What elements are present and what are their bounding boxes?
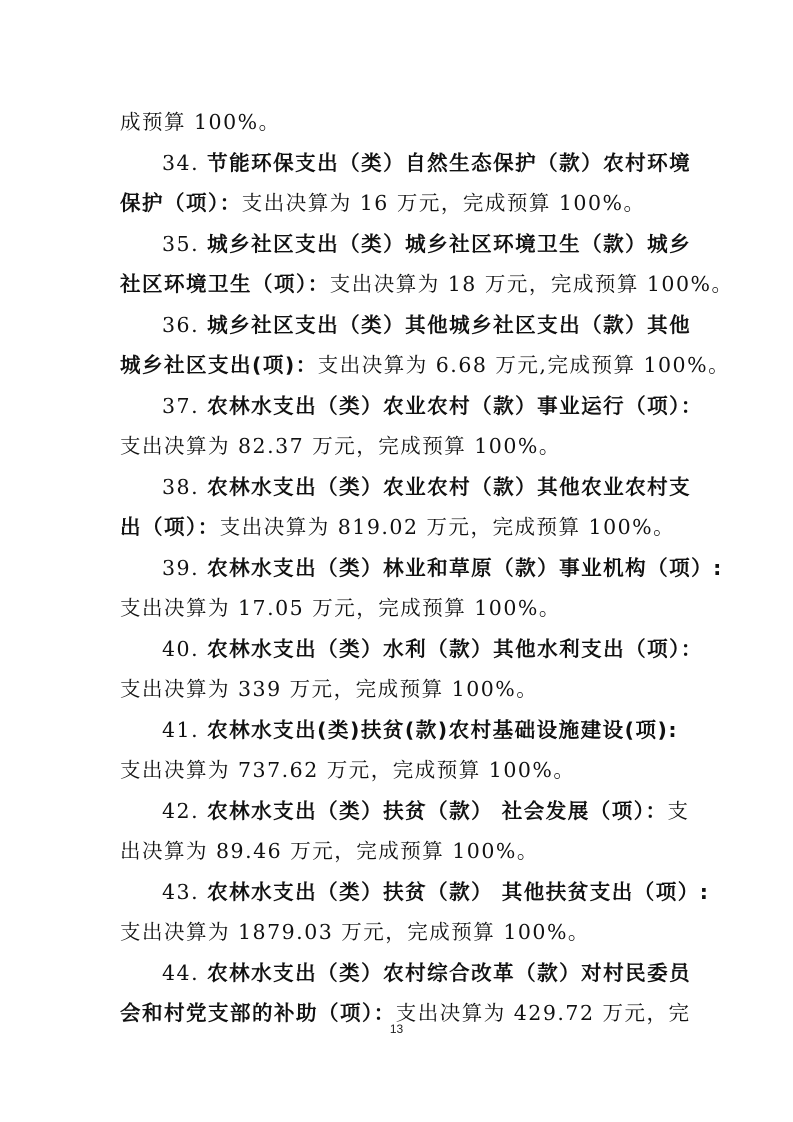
item-number: 40. [162,637,207,661]
item-number: 38. [162,475,207,499]
item-line-first: 35. 城乡社区支出（类）城乡社区环境卫生（款）城乡 [162,230,680,258]
item-number: 37. [162,394,207,418]
paragraph-text: 成预算 100%。 [120,110,281,134]
item-number: 41. [162,718,207,742]
item-line-second: 社区环境卫生（项）：支出决算为 18 万元，完成预算 100%。 [120,270,680,298]
item-heading: 农林水支出（类）水利（款）其他水利支出（项）： [207,637,703,661]
item-text: 支出决算为 17.05 万元，完成预算 100%。 [120,596,561,620]
item-line-second: 支出决算为 1879.03 万元，完成预算 100%。 [120,918,680,946]
item-heading: 出（项）： [120,515,220,539]
item-heading: 农林水支出（类）农业农村（款）其他农业农村支 [207,475,691,499]
item-heading: 城乡社区支出(项)： [120,353,318,377]
item-line-second: 城乡社区支出(项)：支出决算为 6.68 万元,完成预算 100%。 [120,351,680,379]
item-text: 支出决算为 737.62 万元，完成预算 100%。 [120,758,575,782]
item-text: 支出决算为 339 万元，完成预算 100%。 [120,677,538,701]
item-text: 支 [668,799,690,823]
item-number: 43. [162,880,207,904]
paragraph-continuation: 成预算 100%。 [120,108,680,136]
item-number: 44. [162,961,207,985]
item-text: 支出决算为 1879.03 万元，完成预算 100%。 [120,920,590,944]
item-line-second: 出（项）：支出决算为 819.02 万元，完成预算 100%。 [120,513,680,541]
item-text: 出决算为 89.46 万元，完成预算 100%。 [120,839,539,863]
item-text: 支出决算为 16 万元，完成预算 100%。 [242,191,646,215]
item-line-first: 38. 农林水支出（类）农业农村（款）其他农业农村支 [162,473,680,501]
item-line-first: 44. 农林水支出（类）农村综合改革（款）对村民委员 [162,959,680,987]
item-line-second: 支出决算为 82.37 万元，完成预算 100%。 [120,432,680,460]
item-heading: 保护（项）： [120,191,242,215]
item-heading: 农林水支出（类）林业和草原（款）事业机构（项）: [207,556,723,580]
item-heading: 农林水支出（类）扶贫（款） 其他扶贫支出（项）: [207,880,709,904]
item-text: 支出决算为 18 万元，完成预算 100%。 [330,272,734,296]
item-line-second: 支出决算为 339 万元，完成预算 100%。 [120,675,680,703]
item-line-first: 43. 农林水支出（类）扶贫（款） 其他扶贫支出（项）: [162,878,680,906]
item-line-first: 34. 节能环保支出（类）自然生态保护（款）农村环境 [162,149,680,177]
item-line-second: 支出决算为 737.62 万元，完成预算 100%。 [120,756,680,784]
item-number: 34. [162,151,207,175]
item-number: 35. [162,232,207,256]
item-text: 支出决算为 82.37 万元，完成预算 100%。 [120,434,561,458]
item-heading: 农林水支出（类）农村综合改革（款）对村民委员 [207,961,691,985]
item-heading: 农林水支出（类）农业农村（款）事业运行（项）： [207,394,703,418]
item-line-first: 42. 农林水支出（类）扶贫（款） 社会发展（项）：支 [162,797,680,825]
item-line-first: 37. 农林水支出（类）农业农村（款）事业运行（项）： [162,392,680,420]
item-text: 支出决算为 819.02 万元，完成预算 100%。 [220,515,675,539]
item-line-second: 支出决算为 17.05 万元，完成预算 100%。 [120,594,680,622]
item-number: 36. [162,313,207,337]
item-line-first: 36. 城乡社区支出（类）其他城乡社区支出（款）其他 [162,311,680,339]
item-line-first: 39. 农林水支出（类）林业和草原（款）事业机构（项）: [162,554,680,582]
document-page: 成预算 100%。34. 节能环保支出（类）自然生态保护（款）农村环境保护（项）… [0,0,793,1122]
item-heading: 节能环保支出（类）自然生态保护（款）农村环境 [207,151,691,175]
item-text: 支出决算为 6.68 万元,完成预算 100%。 [318,353,730,377]
item-line-first: 41. 农林水支出(类)扶贫(款)农村基础设施建设(项): [162,716,680,744]
item-heading: 城乡社区支出（类）其他城乡社区支出（款）其他 [207,313,691,337]
item-heading: 农林水支出(类)扶贫(款)农村基础设施建设(项): [207,718,678,742]
item-line-first: 40. 农林水支出（类）水利（款）其他水利支出（项）： [162,635,680,663]
page-number: 13 [0,1022,793,1036]
item-heading: 农林水支出（类）扶贫（款） 社会发展（项）： [207,799,667,823]
item-number: 42. [162,799,207,823]
item-heading: 社区环境卫生（项）： [120,272,330,296]
item-line-second: 保护（项）：支出决算为 16 万元，完成预算 100%。 [120,189,680,217]
item-number: 39. [162,556,207,580]
item-line-second: 出决算为 89.46 万元，完成预算 100%。 [120,837,680,865]
item-heading: 城乡社区支出（类）城乡社区环境卫生（款）城乡 [207,232,691,256]
